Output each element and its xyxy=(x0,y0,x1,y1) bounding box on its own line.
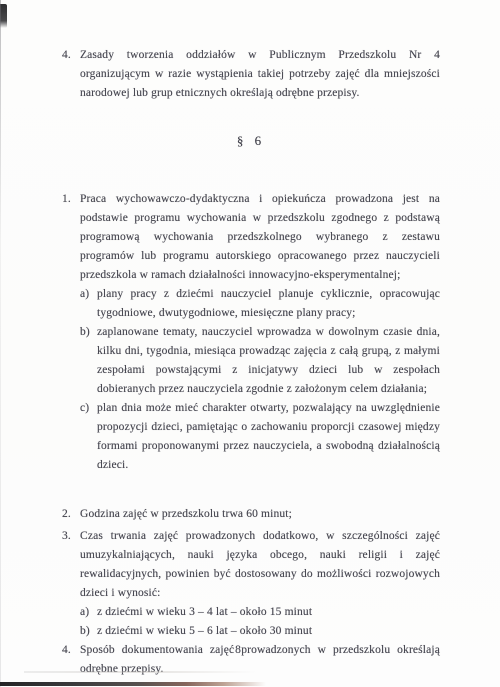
sub-list-item: a) z dziećmi w wieku 3 – 4 lat – około 1… xyxy=(80,603,440,622)
list-marker: b) xyxy=(80,622,97,641)
document-body: 4. Zasady tworzenia oddziałów w Publiczn… xyxy=(62,46,440,679)
list-item-text: Zasady tworzenia oddziałów w Publicznym … xyxy=(80,46,440,103)
list-marker: b) xyxy=(80,323,97,342)
scan-artifact-smudge xyxy=(24,671,256,673)
list-marker: 3. xyxy=(62,527,80,546)
sub-list-item-text: plany pracy z dziećmi nauczyciel planuje… xyxy=(97,285,440,323)
list-item-text: Godzina zajęć w przedszkolu trwa 60 minu… xyxy=(80,505,440,524)
section-heading: § 6 xyxy=(62,131,440,150)
sub-list-item-text: plan dnia może mieć charakter otwarty, p… xyxy=(97,399,440,475)
list-marker: c) xyxy=(80,399,97,418)
scan-artifact-corner xyxy=(0,4,7,28)
list-item: 1. Praca wychowawczo-dydaktyczna i opiek… xyxy=(62,190,440,285)
scan-artifact-bottom-band xyxy=(0,682,266,686)
sub-list-item: a) plany pracy z dziećmi nauczyciel plan… xyxy=(80,285,440,323)
sub-list-item-text: z dziećmi w wieku 3 – 4 lat – około 15 m… xyxy=(97,603,440,622)
list-item: 4. Zasady tworzenia oddziałów w Publiczn… xyxy=(62,46,440,103)
list-marker: 1. xyxy=(62,190,80,209)
list-item: 2. Godzina zajęć w przedszkolu trwa 60 m… xyxy=(62,505,440,524)
document-page: 4. Zasady tworzenia oddziałów w Publiczn… xyxy=(0,0,500,687)
list-item-text: Czas trwania zajęć prowadzonych dodatkow… xyxy=(80,527,440,603)
sub-list-item: c) plan dnia może mieć charakter otwarty… xyxy=(80,399,440,475)
list-marker: 2. xyxy=(62,505,80,524)
sub-list-item: b) zaplanowane tematy, nauczyciel wprowa… xyxy=(80,323,440,399)
page-number: 8 xyxy=(0,644,476,656)
sub-list-item-text: zaplanowane tematy, nauczyciel wprowadza… xyxy=(97,323,440,399)
list-marker: a) xyxy=(80,603,97,622)
sub-list-item: b) z dziećmi w wieku 5 – 6 lat – około 3… xyxy=(80,622,440,641)
scan-artifact-left-edge xyxy=(0,0,1,687)
list-marker: a) xyxy=(80,285,97,304)
list-item-text: Praca wychowawczo-dydaktyczna i opiekuńc… xyxy=(80,190,440,285)
list-marker: 4. xyxy=(62,46,80,65)
list-item: 3. Czas trwania zajęć prowadzonych dodat… xyxy=(62,527,440,603)
sub-list-item-text: z dziećmi w wieku 5 – 6 lat – około 30 m… xyxy=(97,622,440,641)
